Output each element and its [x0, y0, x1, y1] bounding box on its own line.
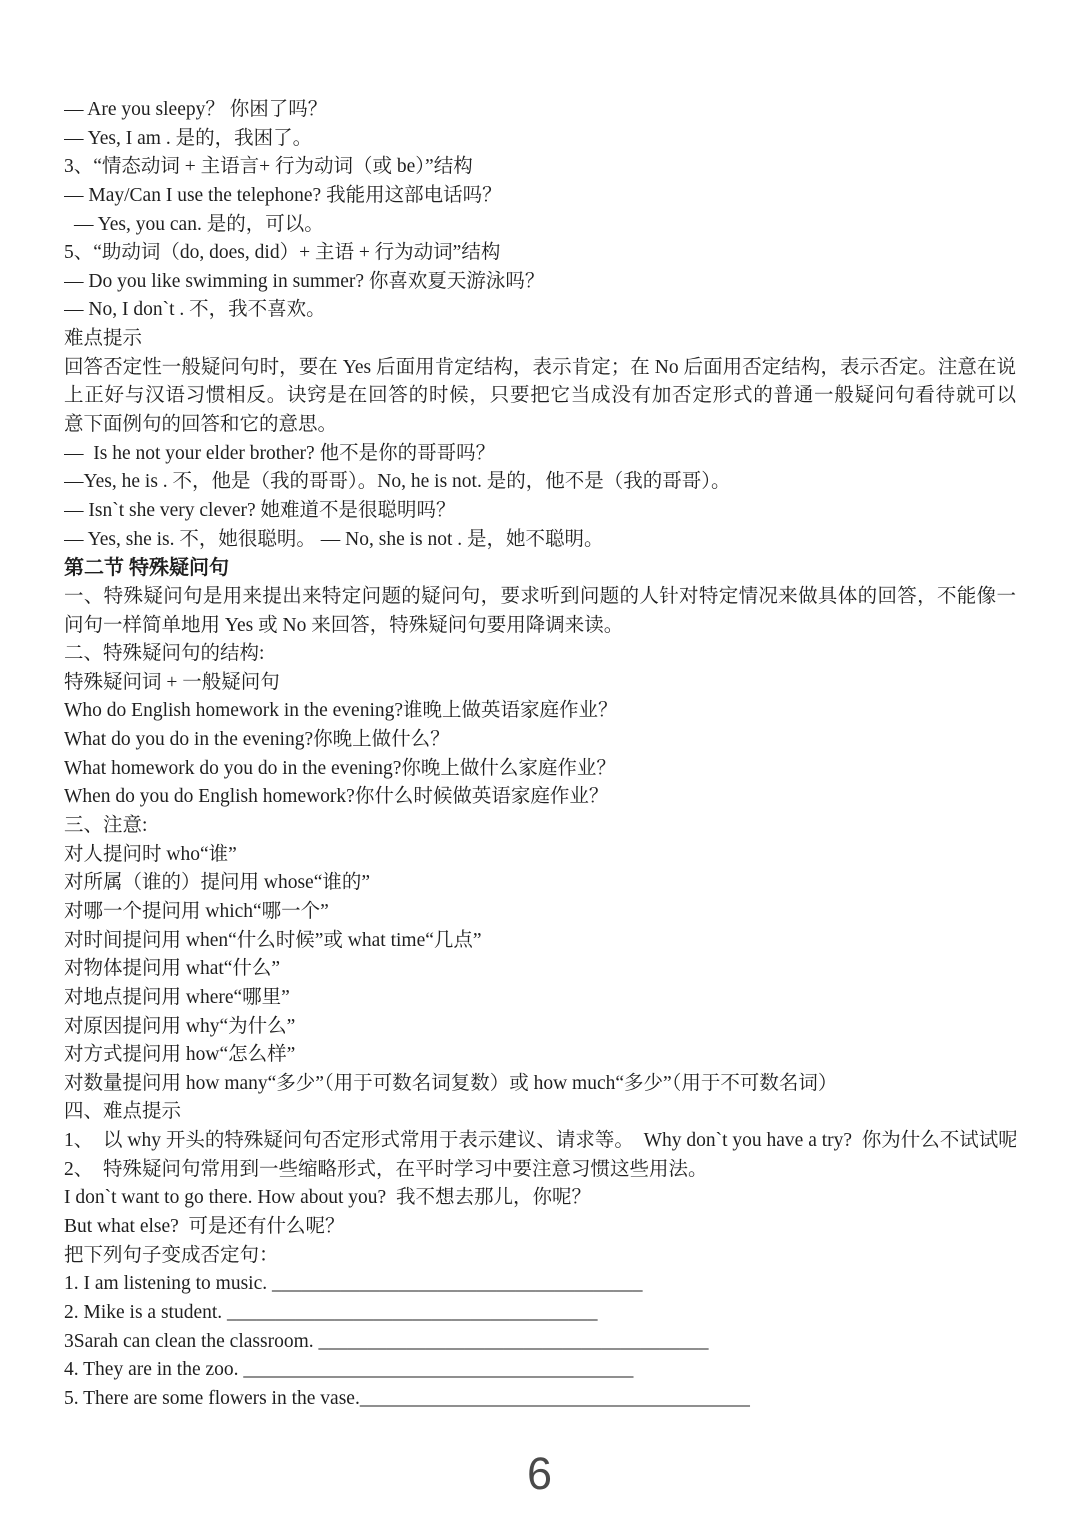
exercise-instruction: 把下列句子变成否定句： — [64, 1242, 1016, 1271]
list-item: 对方式提问用 how“怎么样” — [64, 1041, 1016, 1070]
list-item: 对地点提问用 where“哪里” — [64, 984, 1016, 1013]
example-sentence: When do you do English homework?你什么时候做英语… — [64, 783, 1016, 812]
dialogue-line: — Do you like swimming in summer? 你喜欢夏天游… — [64, 268, 1016, 297]
example-sentence: I don`t want to go there. How about you?… — [64, 1184, 1016, 1213]
example-sentence: What do you do in the evening?你晚上做什么？ — [64, 726, 1016, 755]
list-heading: 二、特殊疑问句的结构: — [64, 640, 1016, 669]
document-page: — Are you sleepy？ 你困了吗？ — Yes, I am . 是的… — [0, 0, 1080, 1527]
structure-rule-line: 3、“情态动词 + 主语言+ 行为动词（或 be）”结构 — [64, 153, 1016, 182]
paragraph-line: 一、特殊疑问句是用来提出来特定问题的疑问句，要求听到问题的人针对特定情况来做具体… — [64, 583, 1016, 612]
dialogue-line: —Yes, he is . 不，他是（我的哥哥）。No, he is not. … — [64, 468, 1016, 497]
example-sentence: But what else? 可是还有什么呢？ — [64, 1213, 1016, 1242]
list-item: 对物体提问用 what“什么” — [64, 955, 1016, 984]
dialogue-line: — Is he not your elder brother? 他不是你的哥哥吗… — [64, 440, 1016, 469]
page-number: 6 — [0, 1448, 1080, 1500]
paragraph-line: 问句一样简单地用 Yes 或 No 来回答，特殊疑问句要用降调来读。 — [64, 612, 1016, 641]
dialogue-line: — Yes, she is. 不，她很聪明。 — No, she is not … — [64, 526, 1016, 555]
list-item: 对所属（谁的）提问用 whose“谁的” — [64, 869, 1016, 898]
list-item: 对时间提问用 when“什么时候”或 what time“几点” — [64, 927, 1016, 956]
document-body: — Are you sleepy？ 你困了吗？ — Yes, I am . 是的… — [64, 96, 1016, 1413]
paragraph-line: 回答否定性一般疑问句时，要在 Yes 后面用肯定结构，表示肯定；在 No 后面用… — [64, 354, 1016, 383]
numbered-note: 2、 特殊疑问句常用到一些缩略形式，在平时学习中要注意习惯这些用法。 — [64, 1156, 1016, 1185]
dialogue-line: — No, I don`t . 不，我不喜欢。 — [64, 296, 1016, 325]
dialogue-line: — Isn`t she very clever? 她难道不是很聪明吗？ — [64, 497, 1016, 526]
dialogue-line: — Are you sleepy？ 你困了吗？ — [64, 96, 1016, 125]
list-item: 对人提问时 who“谁” — [64, 841, 1016, 870]
list-item: 对原因提问用 why“为什么” — [64, 1013, 1016, 1042]
numbered-note: 1、 以 why 开头的特殊疑问句否定形式常用于表示建议、请求等。 Why do… — [64, 1127, 1016, 1156]
example-sentence: What homework do you do in the evening?你… — [64, 755, 1016, 784]
section-heading: 第二节 特殊疑问句 — [64, 554, 1016, 583]
exercise-item: 2. Mike is a student. __________________… — [64, 1299, 1016, 1328]
structure-rule-line: 5、“助动词（do, does, did）+ 主语 + 行为动词”结构 — [64, 239, 1016, 268]
exercise-item: 3Sarah can clean the classroom. ________… — [64, 1328, 1016, 1357]
paragraph-line: 意下面例句的回答和它的意思。 — [64, 411, 1016, 440]
dialogue-line: — May/Can I use the telephone? 我能用这部电话吗？ — [64, 182, 1016, 211]
exercise-item: 1. I am listening to music. ____________… — [64, 1270, 1016, 1299]
dialogue-line: — Yes, you can. 是的，可以。 — [64, 211, 1016, 240]
subheading-difficulty-tips: 难点提示 — [64, 325, 1016, 354]
list-item: 对数量提问用 how many“多少”（用于可数名词复数）或 how much“… — [64, 1070, 1016, 1099]
formula-line: 特殊疑问词 + 一般疑问句 — [64, 669, 1016, 698]
exercise-item: 4. They are in the zoo. ________________… — [64, 1356, 1016, 1385]
list-heading: 三、注意: — [64, 812, 1016, 841]
example-sentence: Who do English homework in the evening?谁… — [64, 697, 1016, 726]
paragraph-line: 上正好与汉语习惯相反。诀窍是在回答的时候，只要把它当成没有加否定形式的普通一般疑… — [64, 382, 1016, 411]
list-heading: 四、难点提示 — [64, 1098, 1016, 1127]
dialogue-line: — Yes, I am . 是的，我困了。 — [64, 125, 1016, 154]
list-item: 对哪一个提问用 which“哪一个” — [64, 898, 1016, 927]
exercise-item: 5. There are some flowers in the vase.__… — [64, 1385, 1016, 1414]
